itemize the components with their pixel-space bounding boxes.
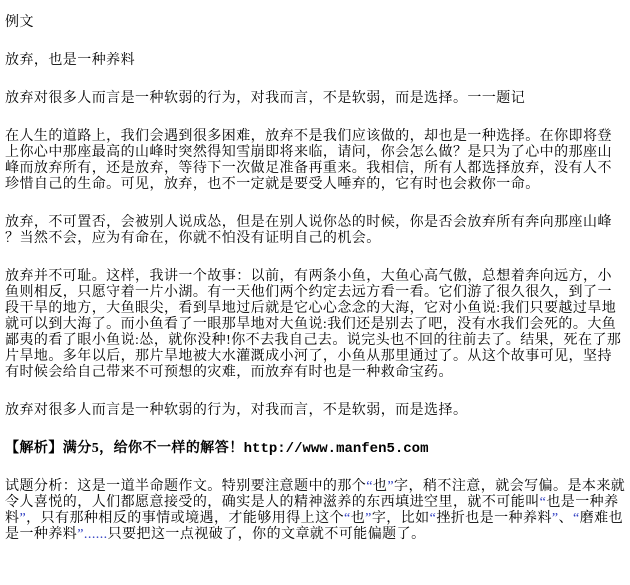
essay-epigraph: 放弃对很多人而言是一种软弱的行为，对我而言，不是软弱，而是选择。一一题记 (5, 91, 626, 107)
analysis-text: 、 (559, 511, 573, 526)
highlighted-quote-text: ” (552, 511, 559, 526)
analysis-text: 也 (351, 511, 365, 526)
analysis-header: 【解析】满分5，给你不一样的解答！http://www.manfen5.com (5, 441, 626, 457)
highlighted-quote-text: “ (344, 511, 351, 526)
highlighted-quote-text: ” (365, 511, 372, 526)
essay-paragraph-2: 放弃，不可置否，会被别人说成怂，但是在别人说你怂的时候，你是否会放弃所有奔向那座… (5, 215, 626, 247)
analysis-text: ，只有那种相反的事情或境遇，才能够用得上这个 (26, 511, 344, 526)
analysis-text: 也 (373, 479, 387, 494)
essay-title: 放弃，也是一种养料 (5, 53, 626, 69)
analysis-text: 试题分析：这是一道半命题作文。特别要注意题中的那个 (5, 479, 366, 494)
document-page: 例文 放弃，也是一种养料 放弃对很多人而言是一种软弱的行为，对我而言，不是软弱，… (0, 0, 630, 585)
manfen5-url: http://www.manfen5.com (244, 441, 429, 457)
analysis-text: 字，比如 (372, 511, 430, 526)
essay-paragraph-1: 在人生的道路上，我们会遇到很多困难，放弃不是我们应该做的，却也是一种选择。在你即… (5, 129, 626, 193)
essay-paragraph-3: 放弃并不可耻。这样，我讲一个故事：以前，有两条小鱼，大鱼心高气傲，总想着奔向远方… (5, 269, 626, 381)
highlighted-quote-text: ...... (84, 527, 108, 542)
essay-closing: 放弃对很多人而言是一种软弱的行为，对我而言，不是软弱，而是选择。 (5, 403, 626, 419)
essay-label: 例文 (5, 15, 626, 31)
highlighted-quote-text: “ (366, 479, 373, 494)
analysis-paragraph: 试题分析：这是一道半命题作文。特别要注意题中的那个“也”字，稍不注意，就会写偏。… (5, 479, 626, 543)
analysis-text: 挫折也是一种养料 (436, 511, 552, 526)
highlighted-quote-text: “ (573, 511, 580, 526)
analysis-text: 只要把这一点视破了，你的文章就不可能偏题了。 (108, 527, 426, 542)
highlighted-quote-text: ” (77, 527, 84, 542)
analysis-header-text: 【解析】满分5，给你不一样的解答！ (5, 441, 244, 456)
